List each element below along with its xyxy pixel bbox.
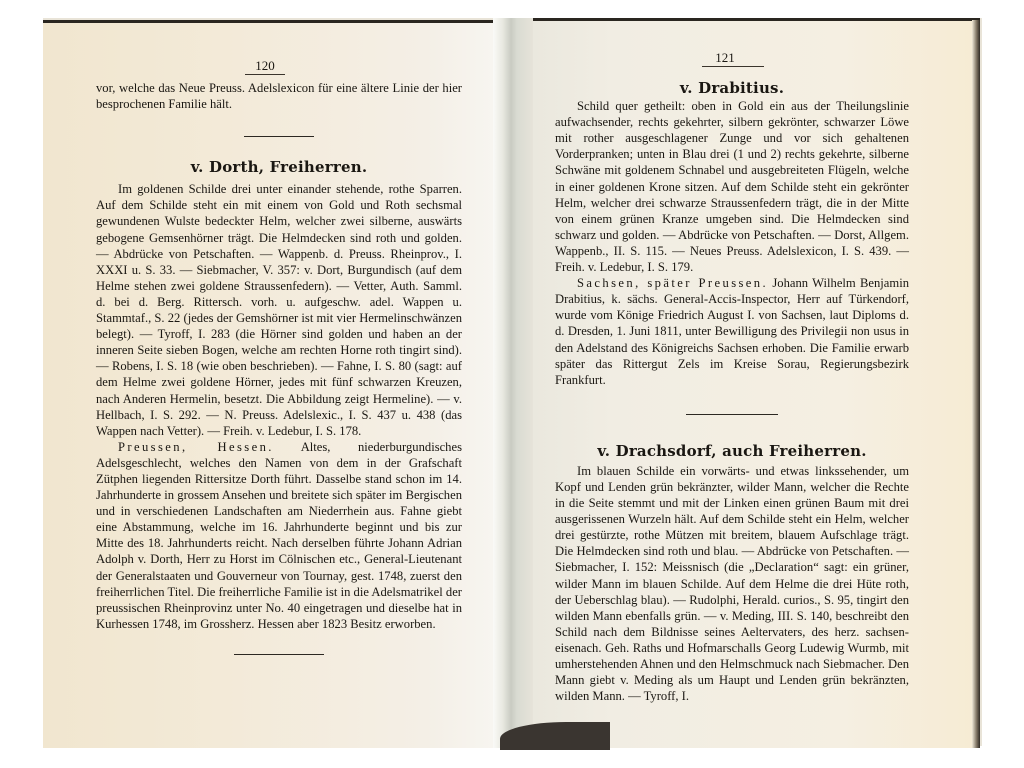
entry-arms: Im blauen Schilde ein vorwärts- und etwa… [555, 463, 909, 704]
continuation-paragraph: vor, welche das Neue Preuss. Adelslexico… [96, 80, 462, 112]
right-page-text: v. Drabitius. Schild quer getheilt: oben… [555, 80, 909, 704]
page-edge [972, 20, 980, 748]
page-number-right: 121 [700, 50, 750, 66]
history-text: Altes, niederburgundisches Adelsgeschlec… [96, 440, 462, 631]
entry-title: v. Drabitius. [555, 80, 909, 96]
page-number-left: 120 [240, 58, 290, 74]
entry-title: v. Dorth, Freiherren. [96, 159, 462, 175]
page-number-rule [245, 74, 285, 75]
entry-history: Sachsen, später Preussen. Johann Wilhelm… [555, 275, 909, 388]
history-lead: Sachsen, später Preussen. [577, 276, 768, 290]
entry-title: v. Drachsdorf, auch Freiherren. [555, 443, 909, 459]
page-number-rule [702, 66, 764, 67]
section-divider [234, 654, 324, 655]
section-divider [244, 136, 314, 137]
entry-arms: Schild quer getheilt: oben in Gold ein a… [555, 98, 909, 275]
left-page-text: vor, welche das Neue Preuss. Adelslexico… [96, 80, 462, 655]
book-gutter [493, 18, 533, 748]
section-divider [686, 414, 778, 415]
history-lead: Preussen, Hessen. [118, 440, 274, 454]
history-text: Johann Wilhelm Benjamin Drabitius, k. sä… [555, 276, 909, 387]
entry-history: Preussen, Hessen. Altes, niederburgundis… [96, 439, 462, 632]
entry-arms: Im goldenen Schilde drei unter einander … [96, 181, 462, 439]
